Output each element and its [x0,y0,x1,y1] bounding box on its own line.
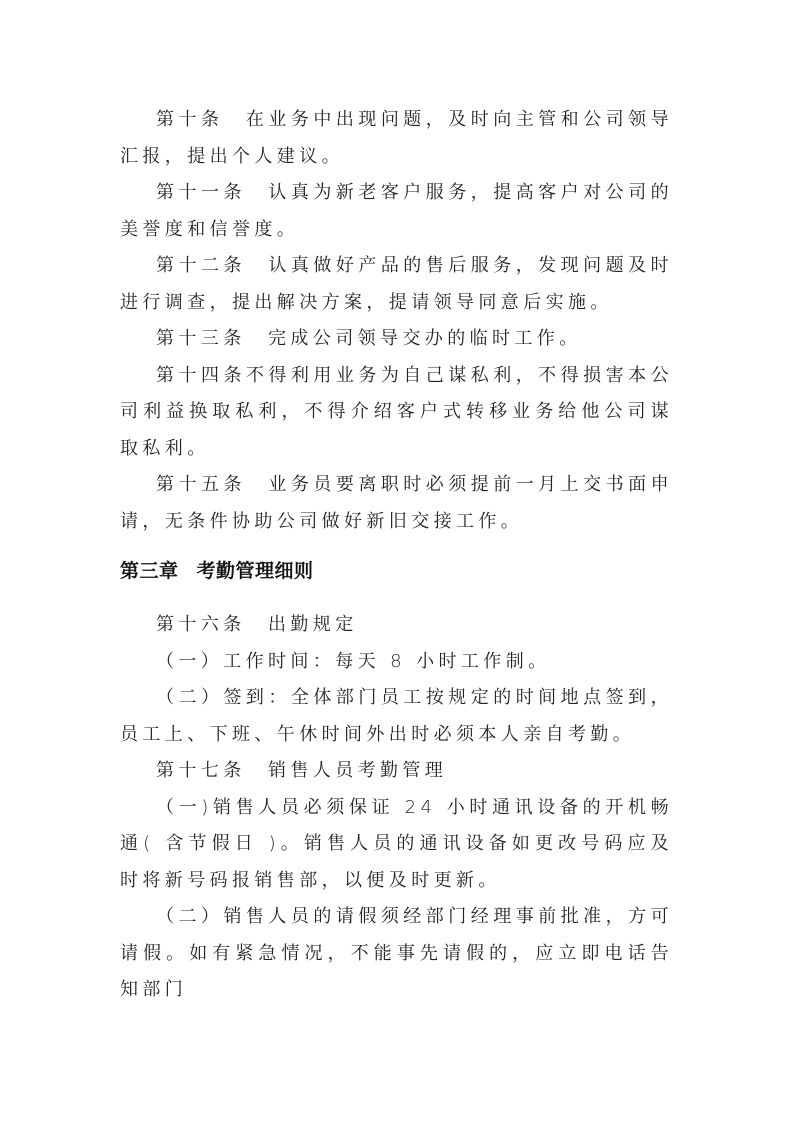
chapter-heading: 第三章考勤管理细则 [120,556,673,586]
article-17-item-2: （二）销售人员的请假须经部门经理事前批准，方可请假。如有紧急情况，不能事先请假的… [120,899,673,1009]
article-12: 第十二条 认真做好产品的售后服务，发现问题及时进行调查，提出解决方案，提请领导同… [120,248,673,321]
chapter-title: 考勤管理细则 [197,560,314,582]
article-10: 第十条 在业务中出现问题，及时向主管和公司领导汇报，提出个人建议。 [120,102,673,175]
article-16-item-1: （一）工作时间：每天 8 小时工作制。 [120,644,673,681]
article-14: 第十四条不得利用业务为自己谋私利，不得损害本公司利益换取私利，不得介绍客户式转移… [120,358,673,468]
article-16-item-2: （二）签到：全体部门员工按规定的时间地点签到，员工上、下班、午休时间外出时必须本… [120,680,673,753]
document-body: 第十条 在业务中出现问题，及时向主管和公司领导汇报，提出个人建议。 第十一条 认… [120,102,673,1009]
article-17-item-1: （一)销售人员必须保证 24 小时通讯设备的开机畅通( 含节假日 )。销售人员的… [120,790,673,900]
article-16: 第十六条 出勤规定 [120,607,673,644]
article-11: 第十一条 认真为新老客户服务，提高客户对公司的美誉度和信誉度。 [120,175,673,248]
article-13: 第十三条 完成公司领导交办的临时工作。 [120,321,673,358]
article-15: 第十五条 业务员要离职时必须提前一月上交书面申请，无条件协助公司做好新旧交接工作… [120,467,673,540]
document-page: 第十条 在业务中出现问题，及时向主管和公司领导汇报，提出个人建议。 第十一条 认… [0,0,793,1122]
article-17: 第十七条 销售人员考勤管理 [120,753,673,790]
chapter-number: 第三章 [120,560,179,582]
